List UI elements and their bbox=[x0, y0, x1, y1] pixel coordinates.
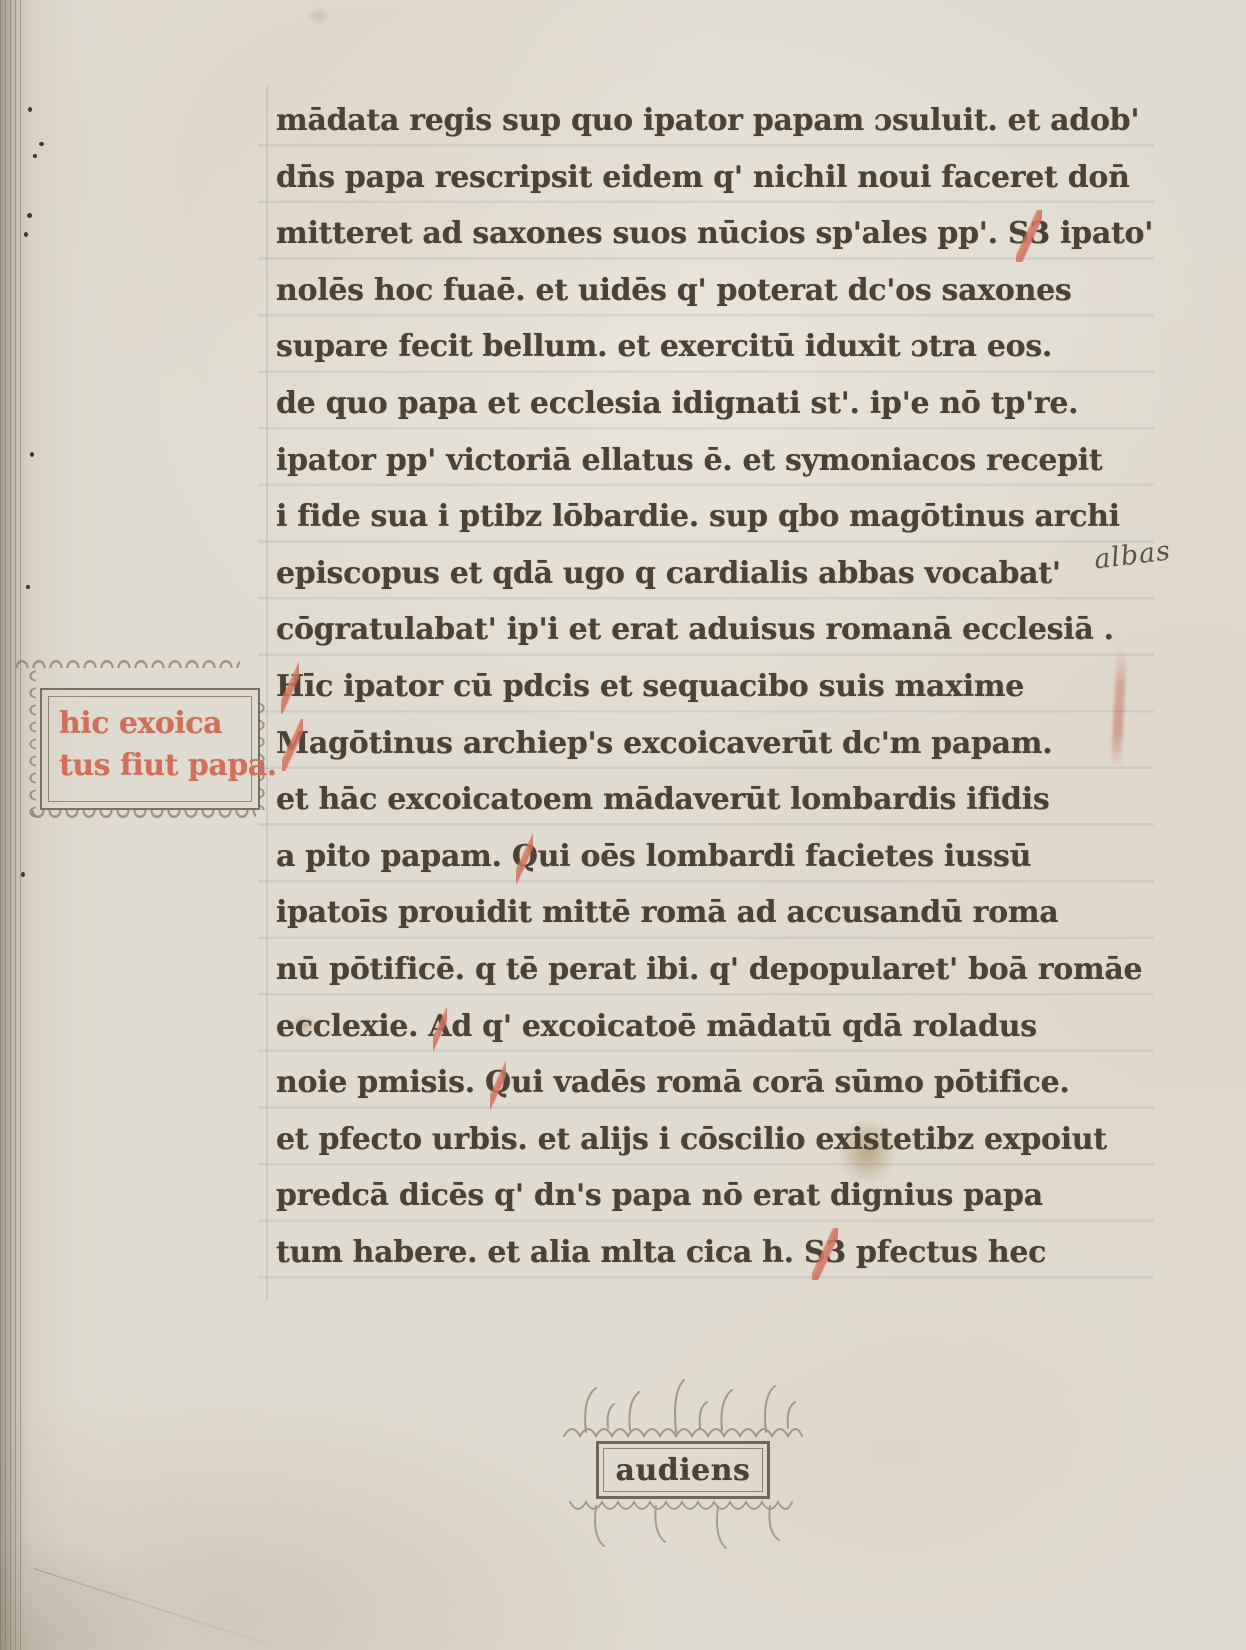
red-touched-letter: A bbox=[428, 999, 451, 1056]
wormhole-speck bbox=[24, 232, 28, 237]
marginal-rubric-line-1: hic exoica bbox=[59, 703, 247, 745]
manuscript-text-line: mitteret ad saxones suos nūcios sp'ales … bbox=[276, 206, 1196, 263]
marginal-rubric-box: hic exoica tus fiut papa. bbox=[40, 688, 260, 810]
text-segment: nolēs hoc fuaē. et uidēs q' poterat dc'o… bbox=[276, 273, 1071, 308]
margin-box-scallop-left bbox=[22, 668, 36, 818]
manuscript-text-line: mādata regis sup quo ipator papam ɔsului… bbox=[276, 93, 1196, 150]
bottom-cartouche-inner-frame: audiens bbox=[603, 1448, 763, 1492]
text-segment: de quo papa et ecclesia idignati st'. ip… bbox=[276, 386, 1078, 421]
manuscript-text-line: tum habere. et alia mlta cica h. S3 pfec… bbox=[276, 1225, 1196, 1282]
bottom-left-corner-shading bbox=[0, 1480, 260, 1650]
marginal-rubric-box-inner-frame: hic exoica tus fiut papa. bbox=[48, 696, 252, 802]
red-touched-letter: Q bbox=[485, 1055, 511, 1112]
main-text-block: mādata regis sup quo ipator papam ɔsului… bbox=[276, 93, 1196, 1281]
text-segment: ecclexie. bbox=[276, 1009, 428, 1044]
text-segment: noie pmisis. bbox=[276, 1065, 485, 1100]
manuscript-text-line: ipator pp' victoriā ellatus ē. et symoni… bbox=[276, 433, 1196, 490]
red-touched-letter: S3 bbox=[1008, 206, 1050, 263]
manuscript-text-line: nū pōtificē. q tē perat ibi. q' depopula… bbox=[276, 942, 1196, 999]
text-segment: mādata regis sup quo ipator papam ɔsului… bbox=[276, 103, 1139, 138]
text-segment: dn̄s papa rescripsit eidem q' nichil nou… bbox=[276, 160, 1130, 195]
text-segment: pfectus hec bbox=[846, 1235, 1046, 1270]
manuscript-text-line: dn̄s papa rescripsit eidem q' nichil nou… bbox=[276, 150, 1196, 207]
manuscript-text-line: Magōtinus archiep's excoicaverūt dc'm pa… bbox=[276, 716, 1196, 773]
cartouche-flourish-bottom bbox=[560, 1496, 800, 1568]
red-touched-letter: Q bbox=[512, 829, 538, 886]
text-segment: et hāc excoicatoem mādaverūt lombardis i… bbox=[276, 782, 1049, 817]
red-touched-letter: M bbox=[276, 716, 309, 773]
small-stain bbox=[306, 6, 332, 26]
manuscript-text-line: ipatoīs prouidit mittē romā ad accusandū… bbox=[276, 885, 1196, 942]
text-segment: ipator pp' victoriā ellatus ē. et symoni… bbox=[276, 443, 1102, 478]
wormhole-speck bbox=[33, 154, 37, 158]
text-segment: ipatoīs prouidit mittē romā ad accusandū… bbox=[276, 895, 1058, 930]
bottom-cartouche-box: audiens bbox=[596, 1441, 770, 1499]
vertical-ruling-line bbox=[266, 86, 268, 1300]
wormhole-speck bbox=[21, 872, 25, 877]
manuscript-text-line: et pfecto urbis. et alijs i cōscilio exi… bbox=[276, 1112, 1196, 1169]
manuscript-text-line: predcā dicēs q' dn's papa nō erat digniu… bbox=[276, 1168, 1196, 1225]
text-segment: supare fecit bellum. et exercitū iduxit … bbox=[276, 329, 1052, 364]
marginal-rubric-line-2: tus fiut papa. bbox=[59, 745, 247, 787]
manuscript-text-line: cōgratulabat' ip'i et erat aduisus roman… bbox=[276, 602, 1196, 659]
text-segment: agōtinus archiep's excoicaverūt dc'm pap… bbox=[309, 726, 1052, 761]
text-segment: i fide sua i ptibz lōbardie. sup qbo mag… bbox=[276, 499, 1120, 534]
manuscript-text-line: noie pmisis. Qui vadēs romā corā sūmo pō… bbox=[276, 1055, 1196, 1112]
text-segment: tum habere. et alia mlta cica h. bbox=[276, 1235, 804, 1270]
wormhole-speck bbox=[27, 213, 32, 218]
manuscript-text-line: de quo papa et ecclesia idignati st'. ip… bbox=[276, 376, 1196, 433]
manuscript-text-line: ecclexie. Ad q' excoicatoē mādatū qdā ro… bbox=[276, 999, 1196, 1056]
text-segment: predcā dicēs q' dn's papa nō erat digniu… bbox=[276, 1178, 1043, 1213]
text-segment: episcopus et qdā ugo q cardialis abbas v… bbox=[276, 556, 1061, 591]
text-segment: et pfecto urbis. et alijs i cōscilio exi… bbox=[276, 1122, 1107, 1157]
manuscript-text-line: nolēs hoc fuaē. et uidēs q' poterat dc'o… bbox=[276, 263, 1196, 320]
text-segment: d q' excoicatoē mādatū qdā roladus bbox=[451, 1009, 1036, 1044]
text-segment: ui oēs lombardi facietes iussū bbox=[538, 839, 1031, 874]
wormhole-speck bbox=[26, 585, 30, 589]
manuscript-text-line: a pito papam. Qui oēs lombardi facietes … bbox=[276, 829, 1196, 886]
red-touched-letter: H bbox=[276, 659, 304, 716]
text-segment: ui vadēs romā corā sūmo pōtifice. bbox=[511, 1065, 1070, 1100]
text-segment: īc ipator cū pdcis et sequacibo suis max… bbox=[304, 669, 1024, 704]
manuscript-text-line: Hīc ipator cū pdcis et sequacibo suis ma… bbox=[276, 659, 1196, 716]
wormhole-speck bbox=[30, 452, 34, 457]
red-touched-letter: S3 bbox=[804, 1225, 846, 1282]
wormhole-speck bbox=[39, 142, 44, 146]
binding-edge bbox=[0, 0, 24, 1650]
manuscript-text-line: et hāc excoicatoem mādaverūt lombardis i… bbox=[276, 772, 1196, 829]
manuscript-text-line: i fide sua i ptibz lōbardie. sup qbo mag… bbox=[276, 489, 1196, 546]
bottom-cartouche-word: audiens bbox=[616, 1453, 751, 1488]
cartouche-flourish-top bbox=[556, 1336, 806, 1442]
manuscript-page-photo: mādata regis sup quo ipator papam ɔsului… bbox=[0, 0, 1246, 1650]
manuscript-text-line: supare fecit bellum. et exercitū iduxit … bbox=[276, 319, 1196, 376]
wormhole-speck bbox=[28, 107, 32, 112]
text-segment: ipato' bbox=[1050, 216, 1153, 251]
text-segment: nū pōtificē. q tē perat ibi. q' depopula… bbox=[276, 952, 1142, 987]
text-segment: a pito papam. bbox=[276, 839, 512, 874]
margin-box-scallop-top bbox=[14, 654, 240, 668]
text-segment: cōgratulabat' ip'i et erat aduisus roman… bbox=[276, 612, 1114, 647]
text-segment: mitteret ad saxones suos nūcios sp'ales … bbox=[276, 216, 1008, 251]
manuscript-text-line: episcopus et qdā ugo q cardialis abbas v… bbox=[276, 546, 1196, 603]
margin-box-scallop-bottom bbox=[30, 810, 256, 824]
